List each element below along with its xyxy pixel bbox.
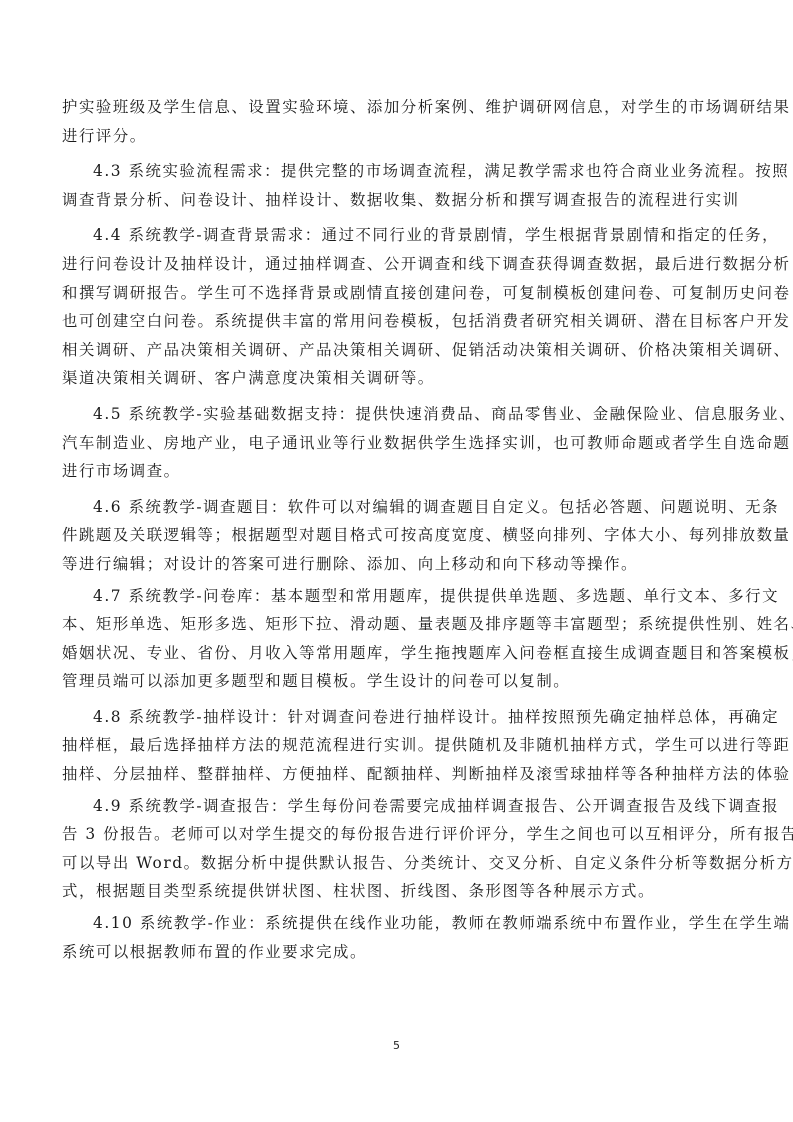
paragraph-4-4: 4.4 系统教学-调查背景需求：通过不同行业的背景剧情，学生根据背景剧情和指定的… xyxy=(62,221,734,393)
text-line: 等进行编辑；对设计的答案可进行删除、添加、向上移动和向下移动等操作。 xyxy=(62,550,734,579)
text-line: 渠道决策相关调研、客户满意度决策相关调研等。 xyxy=(62,364,734,393)
text-line: 告 3 份报告。老师可以对学生提交的每份报告进行评价评分，学生之间也可以互相评分… xyxy=(62,820,734,849)
paragraph-4-9: 4.9 系统教学-调查报告：学生每份问卷需要完成抽样调查报告、公开调查报告及线下… xyxy=(62,792,734,906)
text-line: 4.3 系统实验流程需求：提供完整的市场调查流程，满足教学需求也符合商业业务流程… xyxy=(62,157,734,186)
text-line: 4.8 系统教学-抽样设计：针对调查问卷进行抽样设计。抽样按照预先确定抽样总体，… xyxy=(62,703,734,732)
text-line: 进行评分。 xyxy=(62,122,734,151)
paragraph-4-10: 4.10 系统教学-作业：系统提供在线作业功能，教师在教师端系统中布置作业，学生… xyxy=(62,909,734,966)
paragraph-4-6: 4.6 系统教学-调查题目：软件可以对编辑的调查题目自定义。包括必答题、问题说明… xyxy=(62,493,734,579)
page-number: 5 xyxy=(0,1039,793,1052)
text-line: 4.6 系统教学-调查题目：软件可以对编辑的调查题目自定义。包括必答题、问题说明… xyxy=(62,493,734,522)
text-line: 也可创建空白问卷。系统提供丰富的常用问卷模板，包括消费者研究相关调研、潜在目标客… xyxy=(62,307,734,336)
text-line: 4.7 系统教学-问卷库：基本题型和常用题库，提供提供单选题、多选题、单行文本、… xyxy=(62,582,734,611)
paragraph-4-3: 4.3 系统实验流程需求：提供完整的市场调查流程，满足教学需求也符合商业业务流程… xyxy=(62,157,734,214)
text-line: 进行问卷设计及抽样设计，通过抽样调查、公开调查和线下调查获得调查数据，最后进行数… xyxy=(62,250,734,279)
text-line: 相关调研、产品决策相关调研、产品决策相关调研、促销活动决策相关调研、价格决策相关… xyxy=(62,336,734,365)
paragraph-4-5: 4.5 系统教学-实验基础数据支持：提供快速消费品、商品零售业、金融保险业、信息… xyxy=(62,400,734,486)
text-line: 护实验班级及学生信息、设置实验环境、添加分析案例、维护调研网信息，对学生的市场调… xyxy=(62,93,734,122)
document-page: 护实验班级及学生信息、设置实验环境、添加分析案例、维护调研网信息，对学生的市场调… xyxy=(62,93,734,966)
text-line: 和撰写调研报告。学生可不选择背景或剧情直接创建问卷，可复制模板创建问卷、可复制历… xyxy=(62,279,734,308)
text-line: 式，根据题目类型系统提供饼状图、柱状图、折线图、条形图等各种展示方式。 xyxy=(62,877,734,906)
text-line: 4.10 系统教学-作业：系统提供在线作业功能，教师在教师端系统中布置作业，学生… xyxy=(62,909,734,938)
text-line: 抽样、分层抽样、整群抽样、方便抽样、配额抽样、判断抽样及滚雪球抽样等各种抽样方法… xyxy=(62,760,734,789)
text-line: 件跳题及关联逻辑等；根据题型对题目格式可按高度宽度、横竖向排列、字体大小、每列排… xyxy=(62,521,734,550)
text-line: 进行市场调查。 xyxy=(62,457,734,486)
paragraph-4-2-continuation: 护实验班级及学生信息、设置实验环境、添加分析案例、维护调研网信息，对学生的市场调… xyxy=(62,93,734,150)
text-line: 可以导出 Word。数据分析中提供默认报告、分类统计、交叉分析、自定义条件分析等… xyxy=(62,849,734,878)
text-line: 4.5 系统教学-实验基础数据支持：提供快速消费品、商品零售业、金融保险业、信息… xyxy=(62,400,734,429)
text-line: 调查背景分析、问卷设计、抽样设计、数据收集、数据分析和撰写调查报告的流程进行实训 xyxy=(62,186,734,215)
text-line: 婚姻状况、专业、省份、月收入等常用题库，学生拖拽题库入问卷框直接生成调查题目和答… xyxy=(62,639,734,668)
text-line: 汽车制造业、房地产业，电子通讯业等行业数据供学生选择实训，也可教师命题或者学生自… xyxy=(62,429,734,458)
text-line: 管理员端可以添加更多题型和题目模板。学生设计的问卷可以复制。 xyxy=(62,667,734,696)
text-line: 4.9 系统教学-调查报告：学生每份问卷需要完成抽样调查报告、公开调查报告及线下… xyxy=(62,792,734,821)
text-line: 系统可以根据教师布置的作业要求完成。 xyxy=(62,938,734,967)
text-line: 抽样框，最后选择抽样方法的规范流程进行实训。提供随机及非随机抽样方式，学生可以进… xyxy=(62,731,734,760)
paragraph-4-7: 4.7 系统教学-问卷库：基本题型和常用题库，提供提供单选题、多选题、单行文本、… xyxy=(62,582,734,696)
text-line: 本、矩形单选、矩形多选、矩形下拉、滑动题、量表题及排序题等丰富题型；系统提供性别… xyxy=(62,610,734,639)
paragraph-4-8: 4.8 系统教学-抽样设计：针对调查问卷进行抽样设计。抽样按照预先确定抽样总体，… xyxy=(62,703,734,789)
text-line: 4.4 系统教学-调查背景需求：通过不同行业的背景剧情，学生根据背景剧情和指定的… xyxy=(62,221,734,250)
